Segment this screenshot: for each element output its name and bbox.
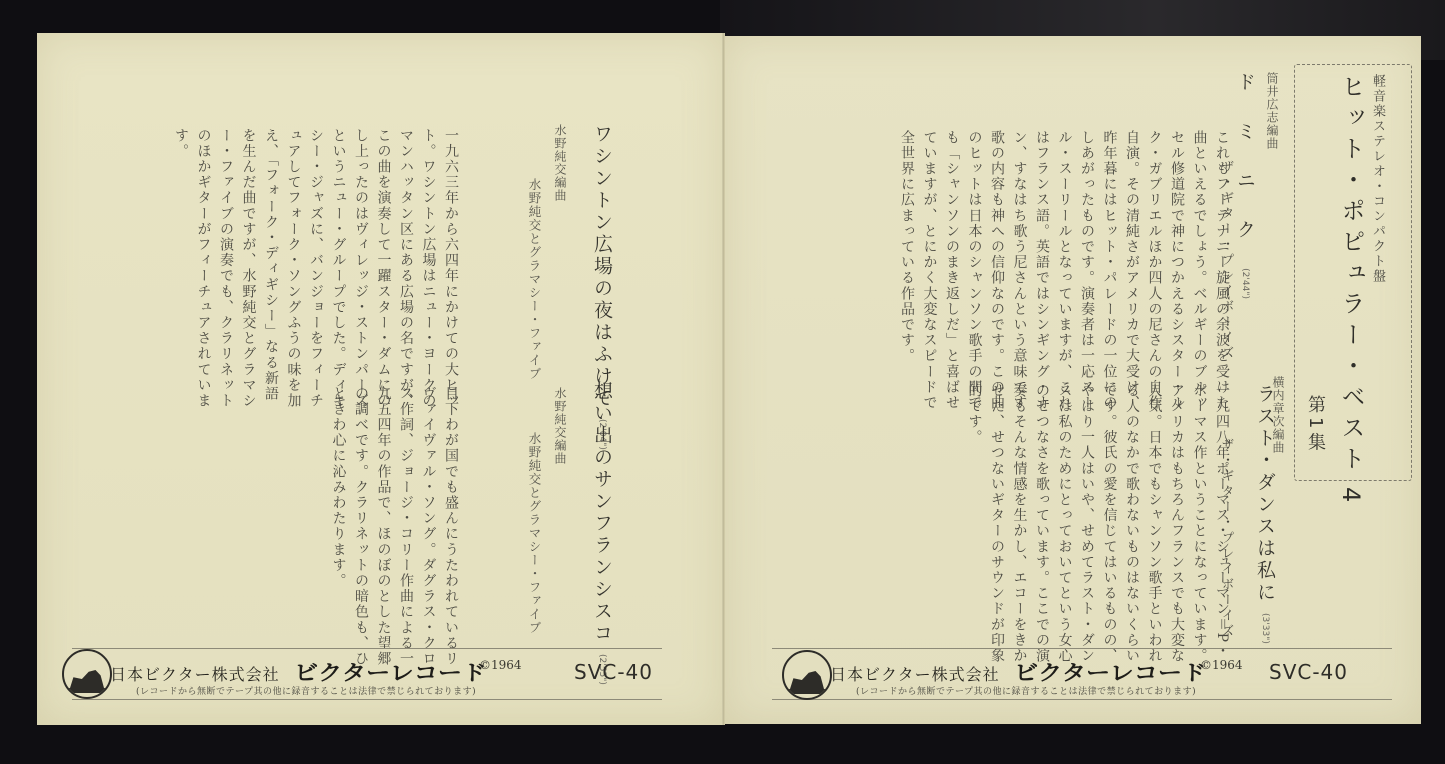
his-masters-voice-logo-icon xyxy=(62,649,112,699)
track-arranger: 筒井広志編曲 xyxy=(1264,72,1281,150)
copyright-notice: (レコードから無断でテープ其の他に録音することは法律で禁じられております) xyxy=(136,684,476,697)
copyright: ©1964 xyxy=(479,658,522,672)
track-notes-dominique: これもフーテナニー旋風の余波を受けた 曲といえるでしょう。ベルギーのブルッ セル… xyxy=(896,130,1234,360)
his-masters-voice-logo-icon xyxy=(782,650,832,700)
footer-right: 日本ビクター株式会社 ビクターレコード ©1964 SVC-40 (レコードから… xyxy=(772,644,1392,714)
track-title-san-francisco: 想い出のサンフランシスコ (2'55") xyxy=(589,381,616,685)
copyright-notice: (レコードから無断でテープ其の他に録音することは法律で禁じられております) xyxy=(856,684,1196,697)
series-subtitle: 軽音楽ステレオ・コンパクト盤 xyxy=(1368,74,1387,284)
footer-rule-top xyxy=(772,648,1392,649)
brand-name: ビクターレコード xyxy=(294,657,486,687)
company-name: 日本ビクター株式会社 xyxy=(830,662,1000,685)
track-title-last-dance: ラスト・ダンスは私に (3'33") xyxy=(1252,384,1279,644)
series-title: ヒット・ポピュラー・ベスト4 xyxy=(1334,74,1369,509)
track-notes-washington-square: 一九六三年から六四年にかけての大ヒッ ト。ワシントン広場はニュー・ヨークの マン… xyxy=(170,128,463,358)
catalog-number: SVC-40 xyxy=(574,660,653,684)
company-name: 日本ビクター株式会社 xyxy=(110,662,280,685)
track-arranger: 水野純交編曲 xyxy=(552,387,569,465)
series-volume: 第1集 xyxy=(1302,395,1328,454)
track-notes-san-francisco: 目下わが国でも盛んにうたわれているリ ヴァイヴァル・ソング。ダグラス・クロ ス作… xyxy=(327,386,462,616)
footer-left: 日本ビクター株式会社 ビクターレコード ©1964 SVC-40 (レコードから… xyxy=(72,644,662,714)
track-title-dominique: ド ミ ニ ク (2'44") xyxy=(1232,72,1259,299)
footer-rule-bottom xyxy=(772,699,1392,700)
track-arranger: 水野純交編曲 xyxy=(552,124,569,202)
track-artist: 水野純交とグラマシー・ファイブ xyxy=(525,178,543,381)
copyright: ©1964 xyxy=(1200,658,1243,672)
track-artist: 水野純交とグラマシー・ファイブ xyxy=(525,432,543,635)
footer-rule-top xyxy=(72,648,662,649)
footer-rule-bottom xyxy=(72,699,662,700)
catalog-number: SVC-40 xyxy=(1269,660,1348,684)
track-notes-last-dance: 一九四八年ポーマス・シューマン＝P・ ポーマス作ということになっています。 アメ… xyxy=(963,383,1233,613)
brand-name: ビクターレコード xyxy=(1014,657,1206,687)
